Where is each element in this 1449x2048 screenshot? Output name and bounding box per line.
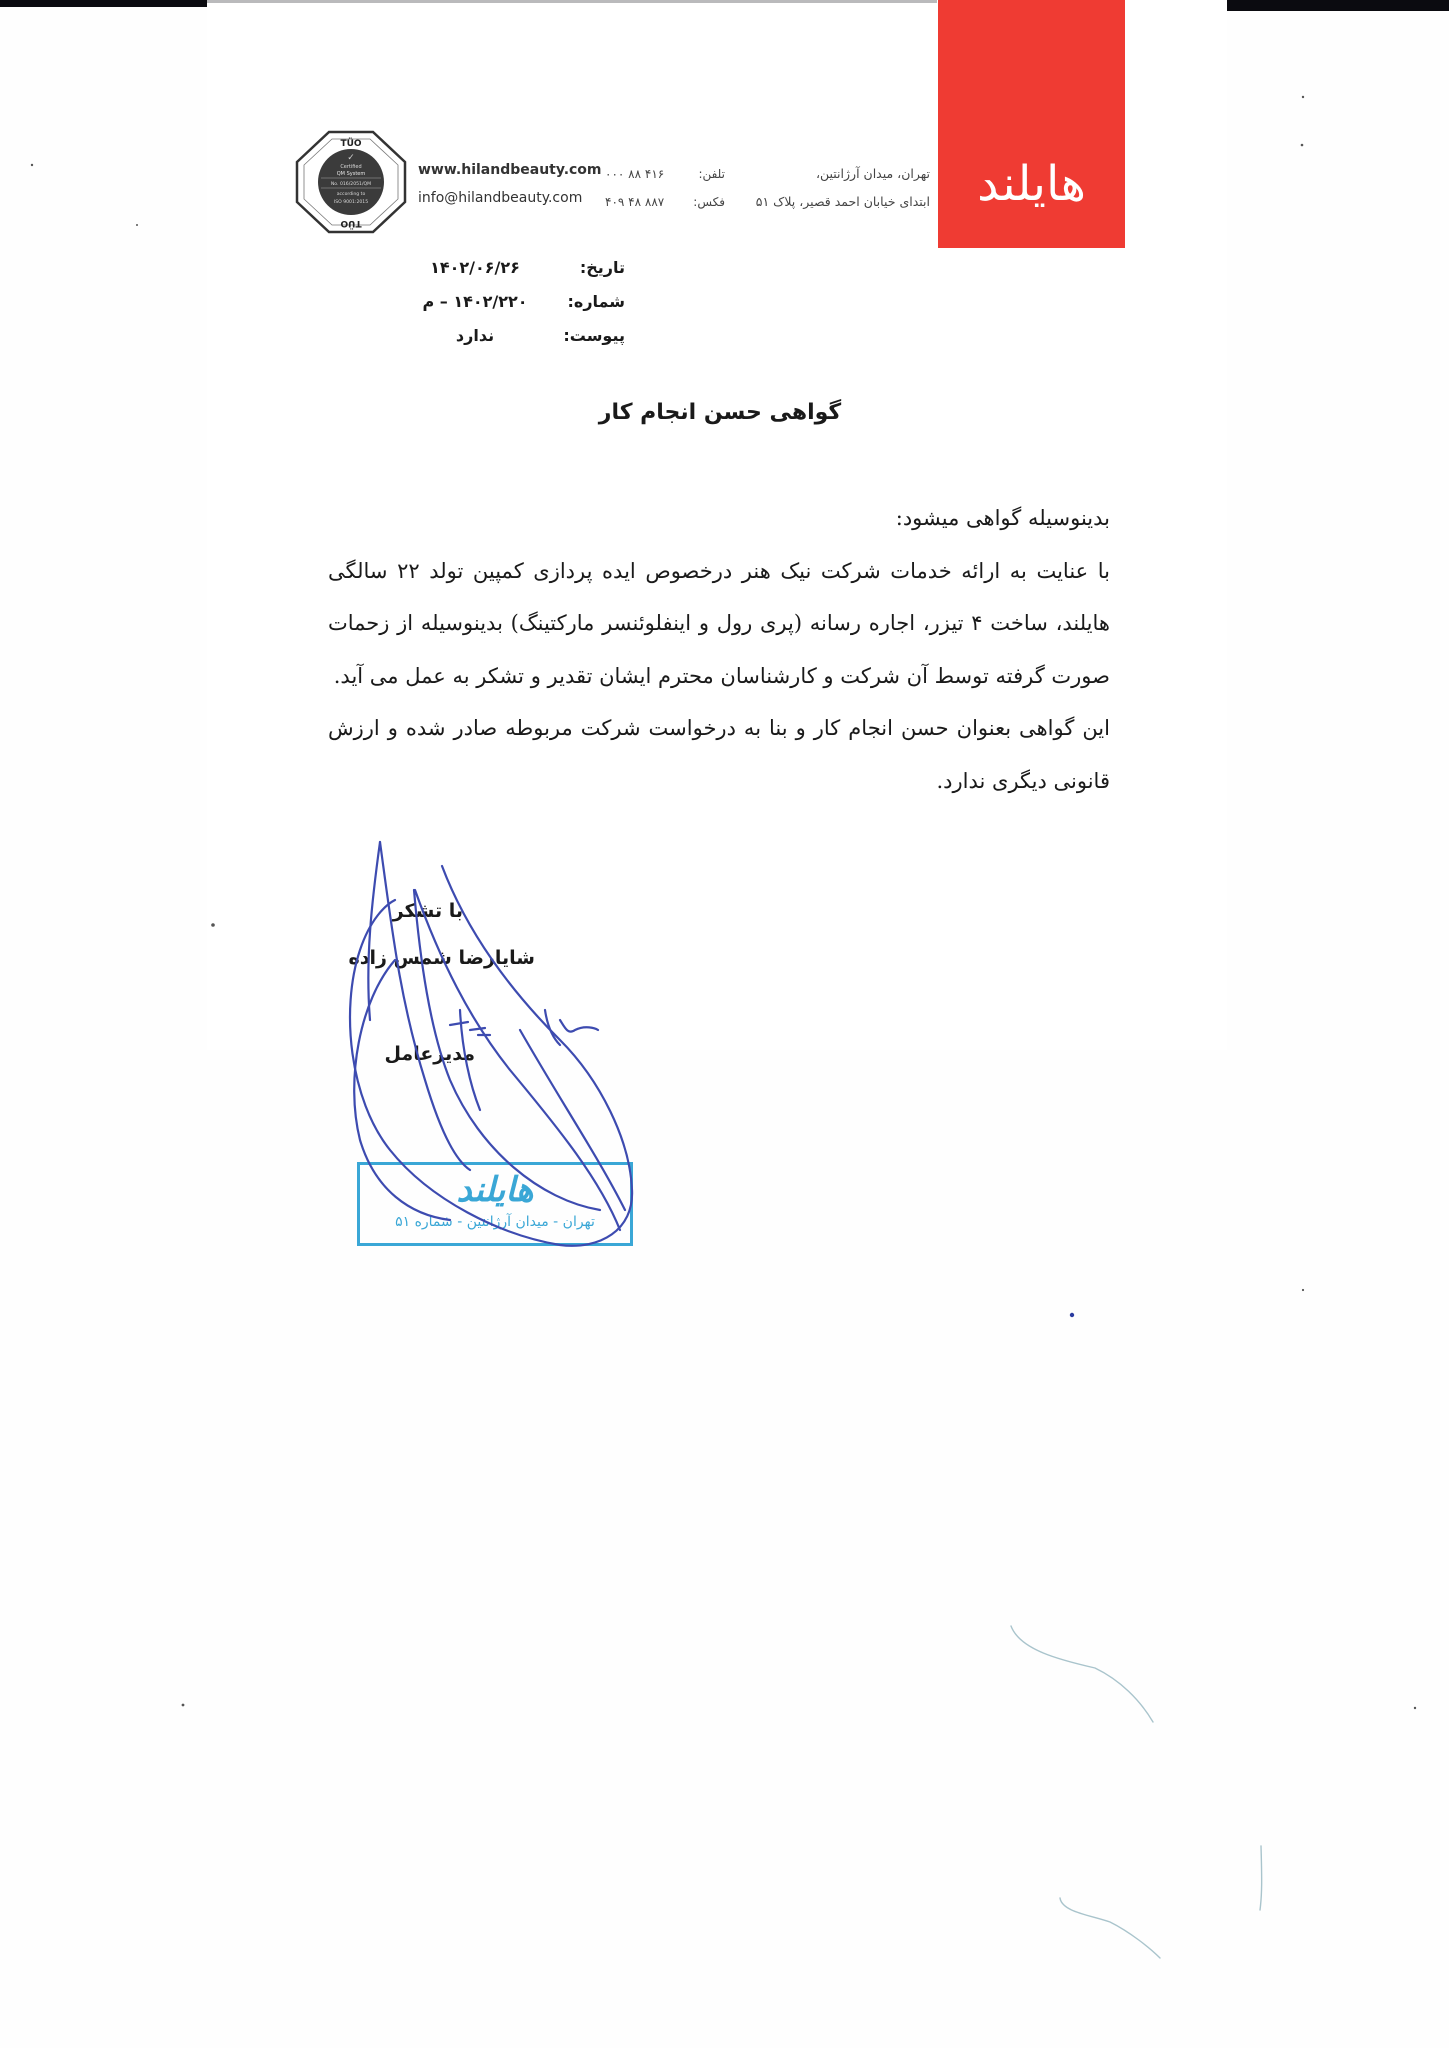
attachment-label: پیوست: (555, 326, 625, 345)
document-title: گواهی حسن انجام کار (520, 400, 920, 425)
phone-row: تلفن: ۴۱۶ ۸۸ ۰۰۰ (605, 160, 725, 188)
body-intro: بدینوسیله گواهی میشود: (328, 492, 1110, 545)
contact-numbers: تلفن: ۴۱۶ ۸۸ ۰۰۰ فکس: ۸۸۷ ۴۸ ۴۰۹ (605, 160, 725, 216)
iso-certification-seal-icon: TÜO ✓ Certified QM System No. 016/2051/Q… (295, 130, 407, 234)
date-value: ۱۴۰۲/۰۶/۲۶ (395, 258, 555, 277)
body-paragraph-1: با عنایت به ارائه خدمات شرکت نیک هنر درخ… (328, 545, 1110, 703)
attachment-row: پیوست: ندارد (395, 318, 625, 352)
svg-text:Certified: Certified (340, 164, 361, 170)
number-row: شماره: ۱۴۰۲/۲۲۰ – م (395, 284, 625, 318)
phone-label: تلفن: (698, 160, 725, 188)
signatory-name: شایارضا شمس زاده (349, 947, 535, 969)
scanner-edge-top-left (0, 0, 207, 7)
address-line-1: تهران، میدان آرژانتین، (730, 160, 930, 188)
date-label: تاریخ: (555, 258, 625, 277)
svg-text:TÜO: TÜO (340, 138, 361, 149)
stamp-brand-name: هایلند (360, 1169, 630, 1211)
attachment-value: ندارد (395, 326, 555, 345)
scanner-edge-top (207, 0, 937, 3)
fax-row: فکس: ۸۸۷ ۴۸ ۴۰۹ (605, 188, 725, 216)
fax-label: فکس: (693, 188, 725, 216)
date-row: تاریخ: ۱۴۰۲/۰۶/۲۶ (395, 250, 625, 284)
number-value: ۱۴۰۲/۲۲۰ – م (395, 292, 555, 311)
address-line-2: ابتدای خیابان احمد قصیر، پلاک ۵۱ (730, 188, 930, 216)
company-address: تهران، میدان آرژانتین، ابتدای خیابان احم… (730, 160, 930, 216)
body-paragraph-2: این گواهی بعنوان حسن انجام کار و بنا به … (328, 702, 1110, 807)
svg-text:No. 016/2051/QM: No. 016/2051/QM (331, 181, 371, 187)
website-link[interactable]: www.hilandbeauty.com (418, 156, 598, 184)
brand-logo-block: هایلند (938, 0, 1125, 248)
stamp-address: تهران - میدان آرژانتین - شماره ۵۱ (360, 1211, 630, 1233)
svg-text:ISO 9001:2015: ISO 9001:2015 (334, 199, 368, 205)
fax-value: ۸۸۷ ۴۸ ۴۰۹ (605, 188, 664, 216)
email-link[interactable]: info@hilandbeauty.com (418, 184, 598, 212)
brand-logo-text: هایلند (977, 160, 1086, 208)
svg-text:QM System: QM System (337, 171, 366, 177)
letter-meta: تاریخ: ۱۴۰۲/۰۶/۲۶ شماره: ۱۴۰۲/۲۲۰ – م پی… (395, 250, 625, 352)
phone-value: ۴۱۶ ۸۸ ۰۰۰ (605, 160, 664, 188)
svg-text:TÜO: TÜO (340, 218, 361, 229)
svg-text:according to: according to (337, 191, 366, 197)
number-label: شماره: (555, 292, 625, 311)
signatory-role: مدیرعامل (384, 1043, 475, 1065)
closing-text: با تشکر (393, 900, 463, 922)
svg-text:✓: ✓ (347, 153, 355, 163)
web-contacts: www.hilandbeauty.com info@hilandbeauty.c… (418, 156, 598, 212)
company-stamp: هایلند تهران - میدان آرژانتین - شماره ۵۱ (357, 1162, 633, 1246)
scanned-letter: هایلند تهران، میدان آرژانتین، ابتدای خیا… (0, 0, 1449, 2048)
scanner-edge-top-right (1227, 0, 1449, 11)
letter-body: بدینوسیله گواهی میشود: با عنایت به ارائه… (328, 492, 1110, 807)
